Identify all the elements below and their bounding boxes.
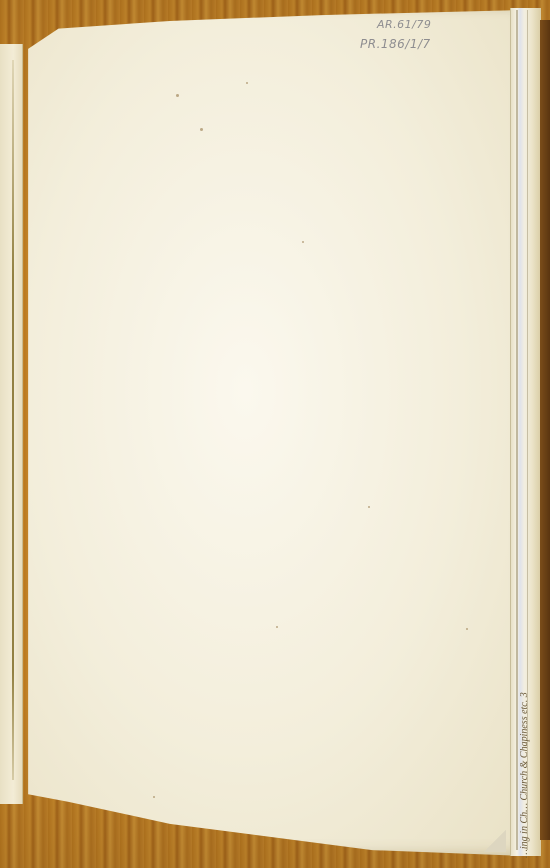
paper-speck	[276, 626, 278, 628]
paper-speck	[302, 241, 304, 243]
paper-speck	[368, 506, 370, 508]
paper-speck	[153, 796, 155, 798]
fold-crease-line	[516, 10, 518, 850]
book-cover-edge	[540, 20, 550, 840]
archive-reference-mark: PR.186/1/7	[360, 37, 431, 51]
blank-book-page	[18, 10, 524, 856]
binding-gutter-line	[12, 60, 14, 780]
paper-speck	[200, 128, 203, 131]
page-corner-fold	[484, 830, 506, 852]
vertical-handwritten-inscription: …ing in Ch… Church & Chapiness etc. 3	[519, 692, 530, 858]
paper-speck	[246, 82, 248, 84]
archive-reference-mark: AR.61/79	[377, 18, 431, 31]
paper-speck	[466, 628, 468, 630]
paper-speck	[176, 94, 179, 97]
